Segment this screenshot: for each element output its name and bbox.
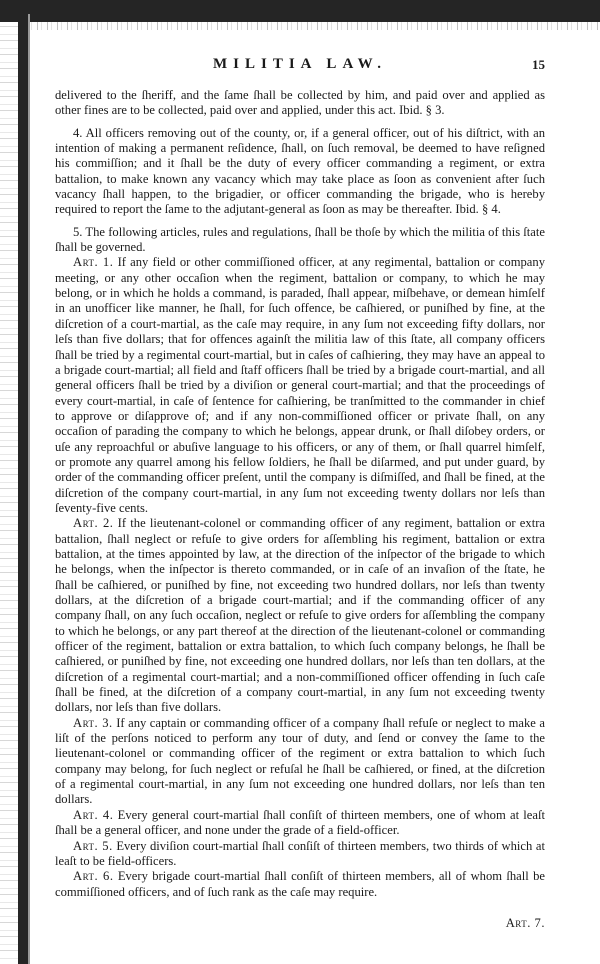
page-title: MILITIA LAW.: [55, 56, 545, 73]
scan-top-border: [0, 0, 600, 22]
running-head: MILITIA LAW. 15: [55, 56, 545, 76]
article-text: Every brigade court-martial ſhall conſiſ…: [55, 869, 545, 898]
paragraph-continuation: delivered to the ſheriff, and the ſame ſ…: [55, 88, 545, 119]
scan-noise-left: [0, 22, 18, 964]
article-text: Every general court-martial ſhall conſiſ…: [55, 808, 545, 837]
article-label: Art. 6.: [73, 869, 113, 883]
article-6: Art. 6. Every brigade court-martial ſhal…: [55, 869, 545, 900]
article-text: If any field or other commiſſioned offic…: [55, 255, 545, 515]
scan-binding-shadow: [18, 14, 28, 964]
article-text: Every diviſion court-martial ſhall conſi…: [55, 839, 545, 868]
article-label: Art. 4.: [73, 808, 113, 822]
scan-noise-top: [28, 22, 600, 30]
article-text: If the lieutenant-colonel or commanding …: [55, 516, 545, 714]
article-2: Art. 2. If the lieutenant-colonel or com…: [55, 516, 545, 715]
article-3: Art. 3. If any captain or commanding off…: [55, 716, 545, 808]
article-text: If any captain or commanding officer of …: [55, 716, 545, 807]
article-label: Art. 2.: [73, 516, 113, 530]
article-label: Art. 1.: [73, 255, 113, 269]
article-label: Art. 3.: [73, 716, 113, 730]
paragraph-section-4: 4. All officers removing out of the coun…: [55, 126, 545, 218]
article-4: Art. 4. Every general court-martial ſhal…: [55, 808, 545, 839]
paragraph-text: 5. The following articles, rules and reg…: [55, 225, 545, 254]
body-text: delivered to the ſheriff, and the ſame ſ…: [55, 88, 545, 900]
paragraph-text: 4. All officers removing out of the coun…: [55, 126, 545, 217]
paragraph-text: delivered to the ſheriff, and the ſame ſ…: [55, 88, 545, 117]
page-number: 15: [532, 57, 545, 73]
article-1: Art. 1. If any field or other commiſſion…: [55, 255, 545, 516]
scan-binding-edge: [28, 14, 30, 964]
article-label: Art. 5.: [73, 839, 113, 853]
catchword: Art. 7.: [506, 916, 545, 931]
article-5: Art. 5. Every diviſion court-martial ſha…: [55, 839, 545, 870]
paragraph-section-5: 5. The following articles, rules and reg…: [55, 225, 545, 256]
